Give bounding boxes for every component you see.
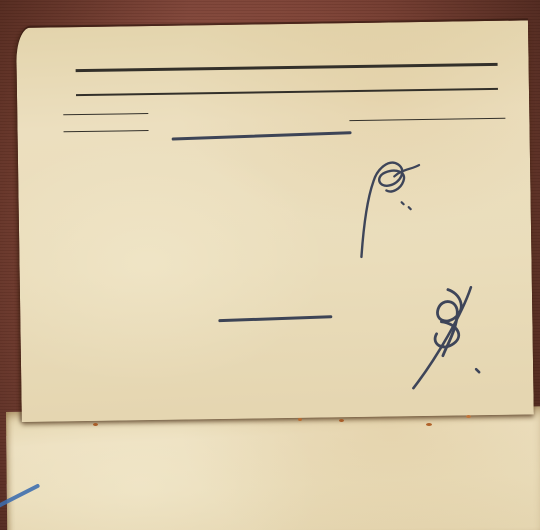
column-header-period xyxy=(63,100,148,101)
rust-stain xyxy=(93,423,98,426)
medals-heading-underline xyxy=(218,315,332,322)
record-page xyxy=(16,20,534,422)
officer-initials-signature xyxy=(344,154,436,263)
next-page-edge xyxy=(6,406,540,530)
column-header-from xyxy=(63,118,103,119)
column-header-remarks xyxy=(349,93,505,107)
rust-stain xyxy=(466,415,471,418)
column-header-to xyxy=(103,117,148,118)
officer-signature xyxy=(392,283,489,398)
fromto-underline xyxy=(64,130,149,132)
header-rule-thick xyxy=(76,63,498,72)
rust-stain xyxy=(339,419,344,422)
period-underline xyxy=(63,113,148,115)
rust-stain xyxy=(298,418,302,421)
column-header-nature xyxy=(148,101,349,104)
rust-stain xyxy=(426,423,432,426)
remarks-underline xyxy=(349,118,505,121)
service-book-photo xyxy=(0,0,540,530)
promotions-heading-underline xyxy=(172,131,352,140)
